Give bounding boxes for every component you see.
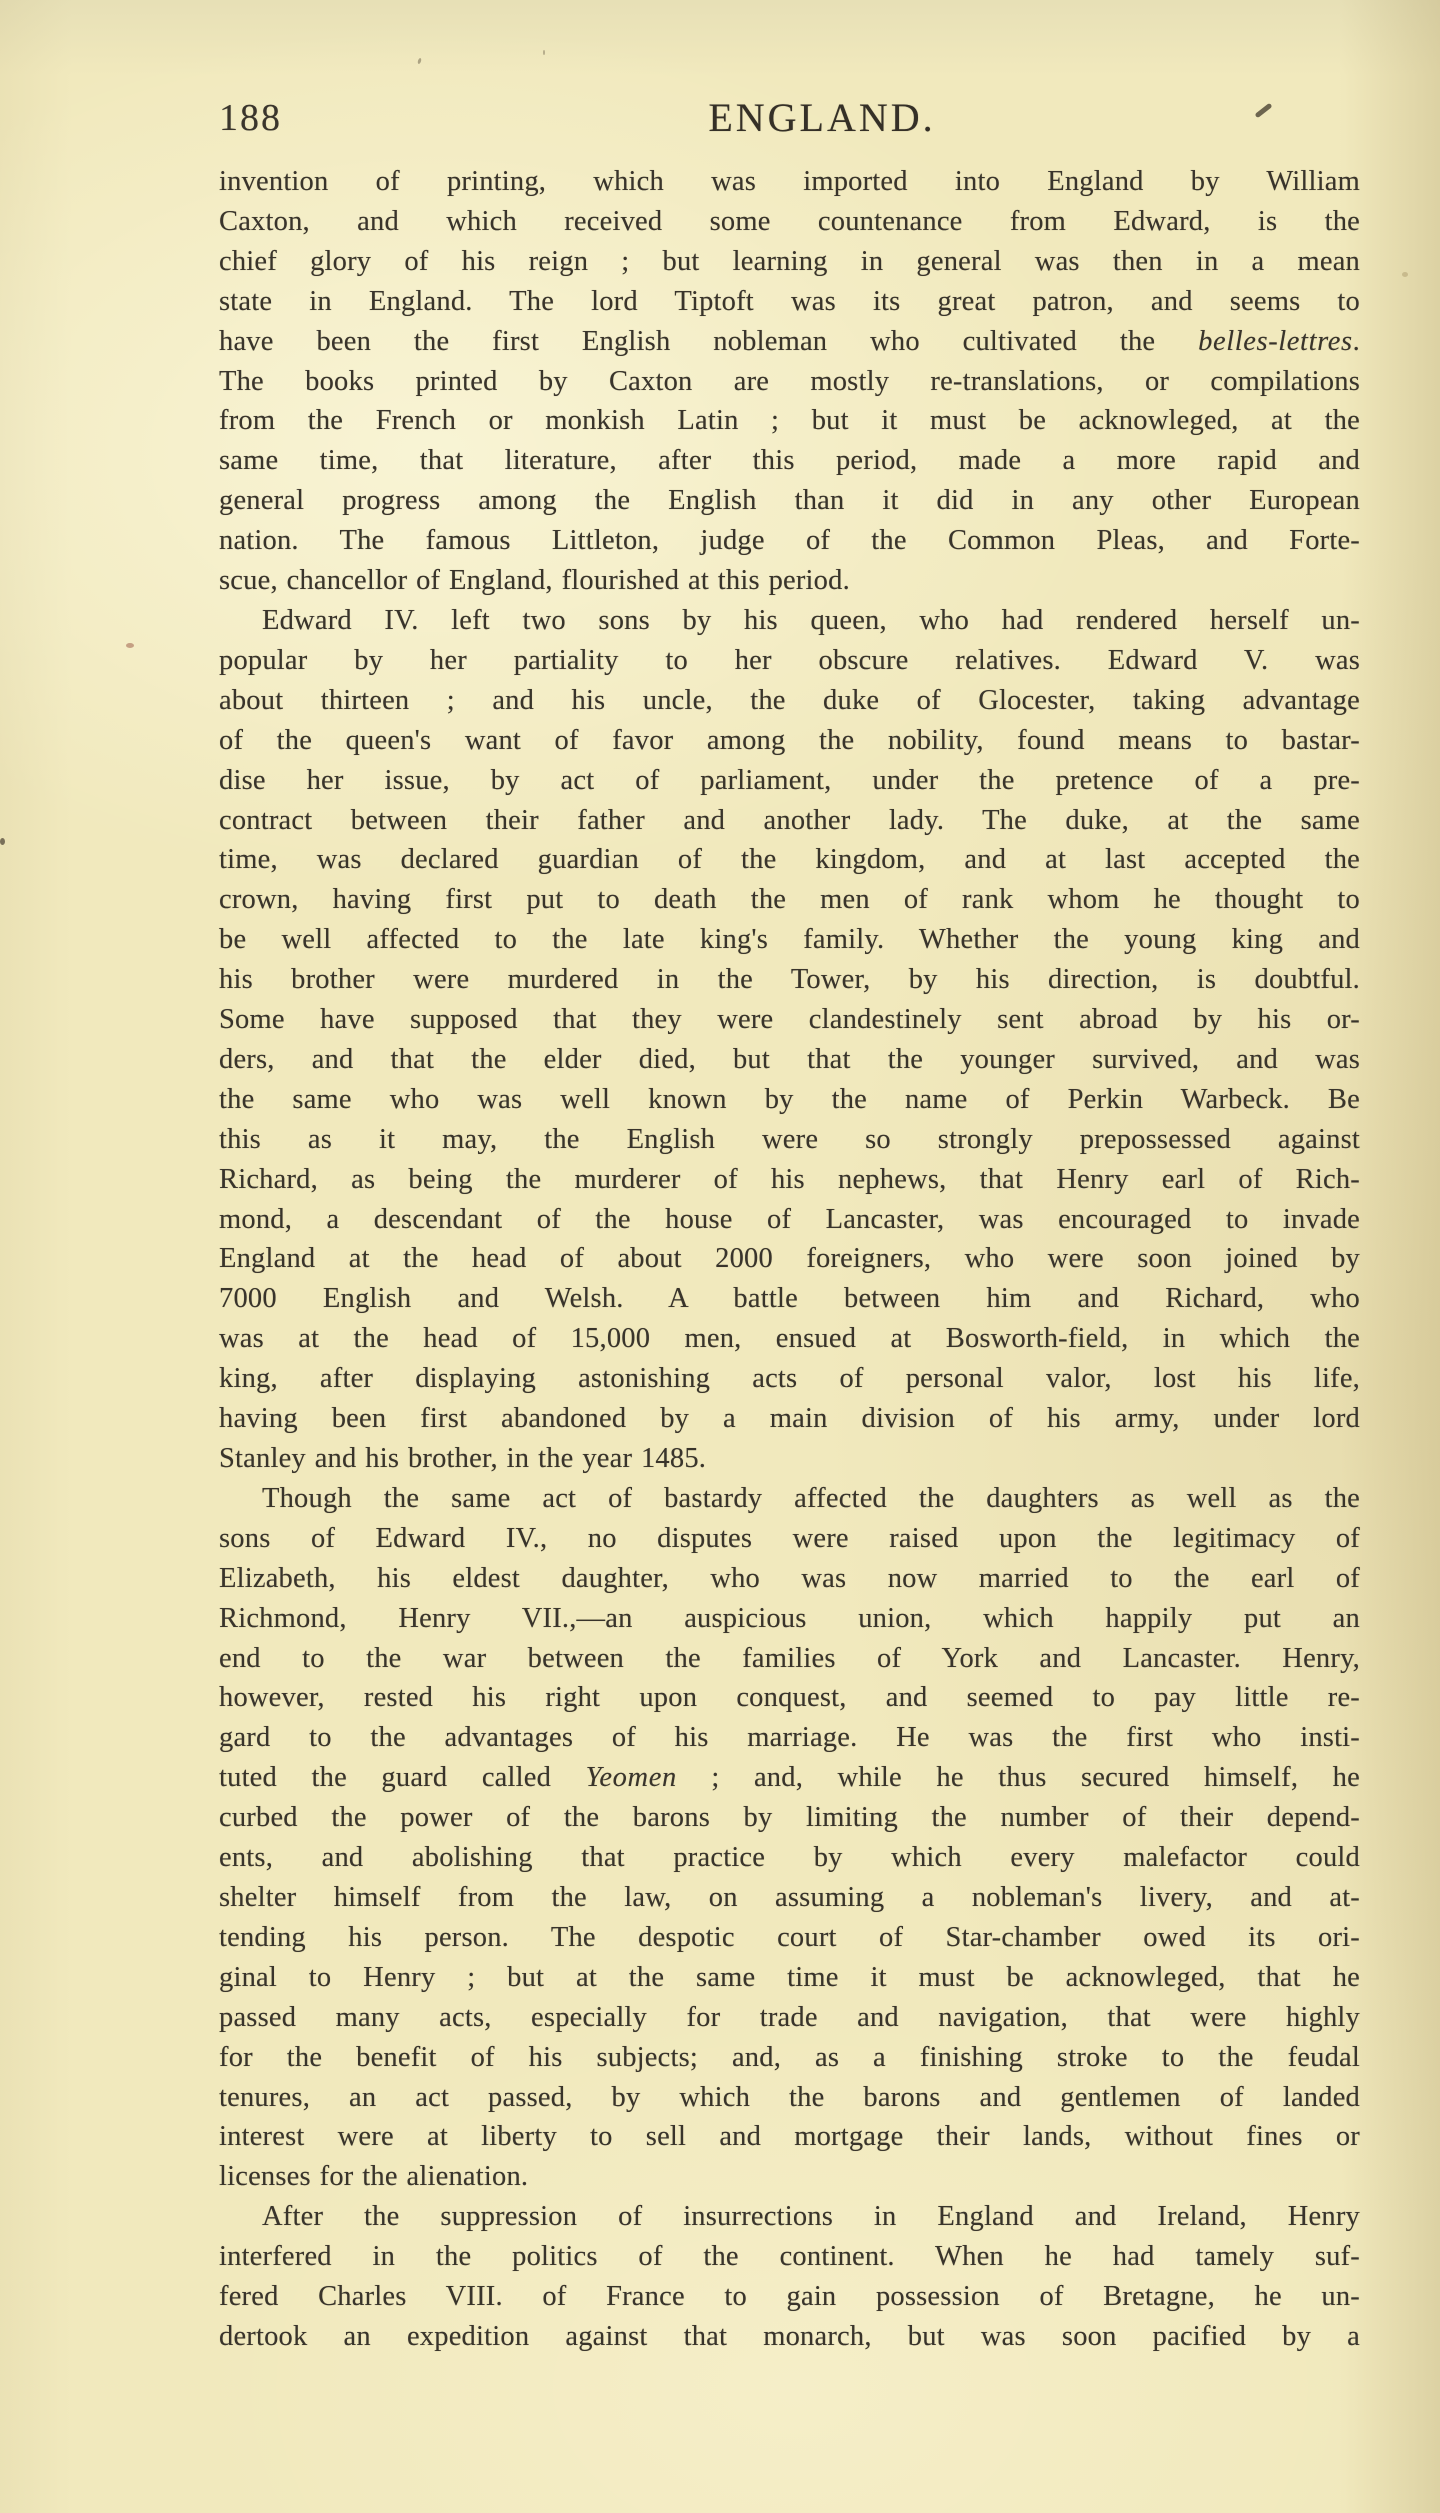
text-line: sons of Edward IV., no disputes were rai… [219,1519,1360,1559]
text-line: interest were at liberty to sell and mor… [219,2117,1360,2157]
text-line: popular by her partiality to her obscure… [219,641,1360,681]
text-line: dertook an expedition against that monar… [219,2317,1360,2357]
paper-speck [543,50,545,55]
paper-speck [126,643,134,648]
text-line: chief glory of his reign ; but learning … [219,242,1360,282]
text-line: After the suppression of insurrections i… [219,2197,1360,2237]
text-line: end to the war between the families of Y… [219,1639,1360,1679]
paper-speck [0,838,5,845]
text-line: his brother were murdered in the Tower, … [219,960,1360,1000]
text-line: mond, a descendant of the house of Lanca… [219,1200,1360,1240]
paper-speck [417,58,422,65]
text-line: this as it may, the English were so stro… [219,1120,1360,1160]
text-line: interfered in the politics of the contin… [219,2237,1360,2277]
text-line: gard to the advantages of his marriage. … [219,1718,1360,1758]
text-line: Caxton, and which received some countena… [219,202,1360,242]
text-line: crown, having first put to death the men… [219,880,1360,920]
text-line: fered Charles VIII. of France to gain po… [219,2277,1360,2317]
text-line: 7000 English and Welsh. A battle between… [219,1279,1360,1319]
text-line: ders, and that the elder died, but that … [219,1040,1360,1080]
text-line: scue, chancellor of England, flourished … [219,561,1360,601]
text-line: about thirteen ; and his uncle, the duke… [219,681,1360,721]
text-line: licenses for the alienation. [219,2157,1360,2197]
text-line: state in England. The lord Tiptoft was i… [219,282,1360,322]
text-line: ents, and abolishing that practice by wh… [219,1838,1360,1878]
book-page-scan: 188 ENGLAND. invention of printing, whic… [0,0,1440,2513]
text-line: general progress among the English than … [219,481,1360,521]
paragraph: Though the same act of bastardy affected… [219,1479,1360,2197]
text-line: for the benefit of his subjects; and, as… [219,2038,1360,2078]
text-line: shelter himself from the law, on assumin… [219,1878,1360,1918]
text-line: Though the same act of bastardy affected… [219,1479,1360,1519]
running-title: ENGLAND. [708,94,935,141]
paragraph: invention of printing, which was importe… [219,162,1360,601]
text-line: having been first abandoned by a main di… [219,1399,1360,1439]
text-line: Elizabeth, his eldest daughter, who was … [219,1559,1360,1599]
text-line: time, was declared guardian of the kingd… [219,840,1360,880]
page-header: 188 ENGLAND. [0,96,1440,146]
text-line: the same who was well known by the name … [219,1080,1360,1120]
text-line: be well affected to the late king's fami… [219,920,1360,960]
text-line: Richard, as being the murderer of his ne… [219,1160,1360,1200]
text-line: have been the first English nobleman who… [219,322,1360,362]
text-line: England at the head of about 2000 foreig… [219,1239,1360,1279]
text-line: invention of printing, which was importe… [219,162,1360,202]
page-text: invention of printing, which was importe… [219,162,1360,2357]
paragraph: Edward IV. left two sons by his queen, w… [219,601,1360,1479]
text-line: Stanley and his brother, in the year 148… [219,1439,1360,1479]
text-line: passed many acts, especially for trade a… [219,1998,1360,2038]
text-line: however, rested his right upon conquest,… [219,1678,1360,1718]
text-line: Some have supposed that they were clande… [219,1000,1360,1040]
text-line: tending his person. The despotic court o… [219,1918,1360,1958]
text-line: of the queen's want of favor among the n… [219,721,1360,761]
text-line: king, after displaying astonishing acts … [219,1359,1360,1399]
text-line: from the French or monkish Latin ; but i… [219,401,1360,441]
text-line: ginal to Henry ; but at the same time it… [219,1958,1360,1998]
text-line: tuted the guard called Yeomen ; and, whi… [219,1758,1360,1798]
text-line: curbed the power of the barons by limiti… [219,1798,1360,1838]
text-line: Edward IV. left two sons by his queen, w… [219,601,1360,641]
text-line: same time, that literature, after this p… [219,441,1360,481]
text-line: dise her issue, by act of parliament, un… [219,761,1360,801]
paper-speck [1402,272,1408,277]
text-line: The books printed by Caxton are mostly r… [219,362,1360,402]
text-line: Richmond, Henry VII.,—an auspicious unio… [219,1599,1360,1639]
text-line: nation. The famous Littleton, judge of t… [219,521,1360,561]
text-line: contract between their father and anothe… [219,801,1360,841]
paragraph: After the suppression of insurrections i… [219,2197,1360,2357]
page-number: 188 [219,96,282,140]
text-line: tenures, an act passed, by which the bar… [219,2078,1360,2118]
text-line: was at the head of 15,000 men, ensued at… [219,1319,1360,1359]
